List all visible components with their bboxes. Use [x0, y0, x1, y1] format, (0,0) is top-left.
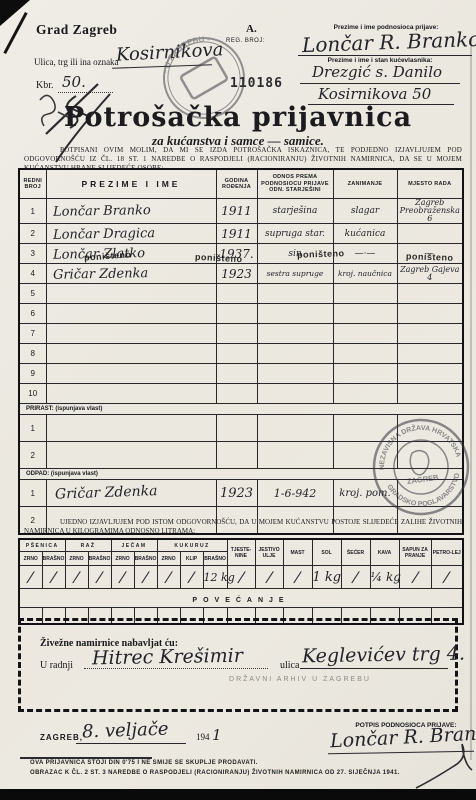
odpad-name: Gričar Zdenka	[46, 483, 157, 503]
prirast-row: 1	[19, 415, 463, 442]
supply-value: /	[96, 567, 103, 585]
shop-line	[84, 668, 268, 669]
col-kukuruz: KUKURUZ	[157, 539, 227, 552]
form-title: Potrošačka prijavnica	[0, 102, 476, 133]
sub-brasno: BRAŠNO	[42, 552, 65, 566]
scanned-form: Grad Zagreb Ulica, trg ili ina oznaka Ko…	[0, 0, 476, 800]
row-number: 2	[19, 224, 46, 244]
street2-label: ulica	[280, 660, 299, 671]
house-number-value: 50.	[62, 73, 86, 91]
row-number: 6	[19, 304, 46, 324]
persons-table: REDNI BROJ PREZIME I IME GODINA ROĐENJA …	[18, 168, 464, 535]
pen-flourish	[414, 742, 476, 792]
person-occupation: kroj. naučnica	[334, 269, 397, 278]
prirast-label-row: PRIRAST: (ispunjava vlast)	[19, 404, 463, 415]
row-number: 2	[19, 442, 46, 469]
supply-value: /	[73, 567, 80, 585]
table-row: 2 Lončar Dragica 1911 supruga star. kuća…	[19, 224, 463, 244]
odpad-date: 1-6-942	[258, 487, 333, 500]
col-header-rednibroj: REDNI BROJ	[19, 169, 46, 199]
row-number: 10	[19, 384, 46, 404]
col-petrolej: PETRO-LEJ	[431, 539, 463, 566]
shop-value: Hitrec Krešimir	[92, 645, 243, 670]
applicant-underline	[298, 55, 472, 56]
table-row: 1 Lončar Branko 1911 starješina slagar Z…	[19, 199, 463, 224]
supply-value: /	[412, 567, 419, 585]
street2-underline	[300, 668, 448, 669]
row-number: 7	[19, 324, 46, 344]
table-row: 10	[19, 384, 463, 404]
person-name: Gričar Zdenka	[46, 266, 147, 283]
supply-value: /	[27, 567, 34, 585]
table-row: 4 Gričar Zdenka 1923 sestra supruge kroj…	[19, 264, 463, 284]
reg-number-label: REG. BROJ:	[226, 38, 265, 44]
person-year: 1911	[217, 204, 257, 218]
col-header-godina: GODINA ROĐENJA	[216, 169, 257, 199]
date-underline	[76, 743, 186, 744]
sub-zrno: ZRNO	[19, 552, 42, 566]
applicant-value: Lončar R. Branko	[302, 27, 476, 57]
supply-value: 1 kg	[313, 570, 342, 585]
handwritten-line	[20, 757, 152, 759]
supply-value: 12 kg	[204, 571, 235, 584]
street-label: Ulica, trg ili ina oznaka	[34, 57, 119, 67]
supplies-values-row: / / / / / / / / 12 kg / / / 1 kg / ¼ kg …	[19, 566, 463, 589]
sub-zrno: ZRNO	[157, 552, 180, 566]
cancel-stamp: poništeno	[297, 248, 345, 260]
landlord-underline	[300, 83, 460, 84]
house-number-line	[58, 92, 113, 93]
person-occupation: slagar	[334, 206, 397, 216]
city-heading: Grad Zagreb	[36, 22, 117, 38]
table-row: 6	[19, 304, 463, 324]
col-header-zanimanje: ZANIMANJE	[333, 169, 397, 199]
col-kava: KAVA	[370, 539, 399, 566]
col-header-mjestorada: MJESTO RADA	[397, 169, 463, 199]
scan-bottom-bar	[0, 789, 476, 800]
col-header-odnos: ODNOS PREMA PODNOSIOCU PRIJAVE ODN. STAR…	[257, 169, 333, 199]
col-tjestenine: TJESTE-NINE	[227, 539, 255, 566]
person-relation: starješina	[258, 206, 333, 216]
person-name: Lončar Branko	[46, 203, 150, 220]
supplies-table: PŠENICA RAŽ JEČAM KUKURUZ TJESTE-NINE JE…	[18, 538, 464, 625]
supply-value: /	[266, 567, 273, 585]
col-jestivo-ulje: JESTIVO ULJE	[255, 539, 283, 566]
row-number: 1	[19, 480, 46, 507]
supplies-paragraph: UJEDNO IZJAVLJUJEM POD ISTOM ODGOVORNOŠĆ…	[24, 518, 462, 536]
sub-klip: KLIP	[180, 552, 203, 566]
sub-zrno: ZRNO	[65, 552, 88, 566]
street2-value: Keglevićev trg 4.	[302, 643, 465, 668]
table-row: 8	[19, 344, 463, 364]
supply-value: ¼ kg	[371, 570, 401, 584]
person-name: Lončar Dragica	[46, 226, 154, 243]
row-number: 5	[19, 284, 46, 304]
street-value: Kosirnikova	[116, 39, 224, 66]
sub-zrno: ZRNO	[111, 552, 134, 566]
row-number: 8	[19, 344, 46, 364]
footer-note-2: OBRAZAC K ČL. 2 ST. 3 NAREDBE O RASPODJE…	[30, 770, 400, 776]
sub-brasno: BRAŠNO	[203, 552, 227, 566]
cancel-stamp: poništeno	[406, 251, 454, 263]
supply-value: /	[165, 567, 172, 585]
supply-value: /	[238, 567, 245, 585]
person-workplace: Zagreb Preobraženska 6	[398, 199, 463, 223]
year-prefix: 194	[196, 732, 210, 742]
row-number: 9	[19, 364, 46, 384]
increase-label: POVEĆANJE	[192, 597, 289, 604]
col-jecam: JEČAM	[111, 539, 157, 552]
landlord-address: Kosirnikova 50	[318, 85, 431, 103]
prirast-row: 2	[19, 442, 463, 469]
year-suffix: 1	[212, 726, 222, 744]
row-number: 4	[19, 264, 46, 284]
odpad-row: 1 Gričar Zdenka 1923 1-6-942 kroj. pom.	[19, 480, 463, 507]
col-sol: SOL	[312, 539, 341, 566]
sub-brasno: BRAŠNO	[88, 552, 111, 566]
row-number: 1	[19, 199, 46, 224]
supply-value: /	[352, 567, 359, 585]
supplies-group-header-row: PŠENICA RAŽ JEČAM KUKURUZ TJESTE-NINE JE…	[19, 539, 463, 552]
increase-band-row: POVEĆANJE	[19, 589, 463, 608]
sub-brasno: BRAŠNO	[134, 552, 157, 566]
odpad-year: 1923	[217, 486, 257, 501]
col-sapun: SAPUN ZA PRANJE	[399, 539, 431, 566]
supply-value: /	[188, 567, 195, 585]
odpad-note: kroj. pom.	[334, 488, 397, 499]
odpad-label-row: ODPAD: (ispunjava vlast)	[19, 469, 463, 480]
signoff-city: ZAGREB,	[40, 733, 83, 742]
prirast-label: PRIRAST: (ispunjava vlast)	[19, 404, 463, 415]
odpad-label: ODPAD: (ispunjava vlast)	[19, 469, 463, 480]
persons-header-row: REDNI BROJ PREZIME I IME GODINA ROĐENJA …	[19, 169, 463, 199]
supply-value: /	[142, 567, 149, 585]
landlord-value: Drezgić s. Danilo	[312, 63, 442, 81]
table-row: 7	[19, 324, 463, 344]
supply-value: /	[294, 567, 301, 585]
person-workplace: Zagreb Gajeva 4	[398, 266, 463, 282]
supply-value: /	[443, 567, 450, 585]
person-occupation: kućanica	[334, 229, 397, 239]
col-raz: RAŽ	[65, 539, 111, 552]
col-secer: ŠEĆER	[341, 539, 370, 566]
signoff-date: 8. veljače	[82, 718, 169, 742]
supply-value: /	[119, 567, 126, 585]
shop-label: U radnji	[40, 660, 73, 671]
table-row: 9	[19, 364, 463, 384]
person-relation: sestra supruge	[258, 269, 333, 278]
row-number: 1	[19, 415, 46, 442]
supply-value: /	[50, 567, 57, 585]
person-year: 1911	[217, 227, 257, 241]
archive-stamp: DRŽAVNI ARHIV U ZAGREBU	[150, 676, 450, 683]
table-row: 5	[19, 284, 463, 304]
col-header-prezimeiime: PREZIME I IME	[46, 169, 216, 199]
house-number-label: Kbr.	[36, 80, 54, 91]
col-mast: MAST	[283, 539, 312, 566]
row-number: 3	[19, 244, 46, 264]
person-year: 1923	[217, 267, 257, 281]
col-psenica: PŠENICA	[19, 539, 65, 552]
footer-note-1: OVA PRIJAVNICA STOJI DIN 0'75 I NE SMIJE…	[30, 760, 258, 766]
person-relation: supruga star.	[258, 229, 333, 239]
section-a-label: A.	[246, 23, 257, 35]
reg-number-value: 110186	[230, 76, 283, 91]
